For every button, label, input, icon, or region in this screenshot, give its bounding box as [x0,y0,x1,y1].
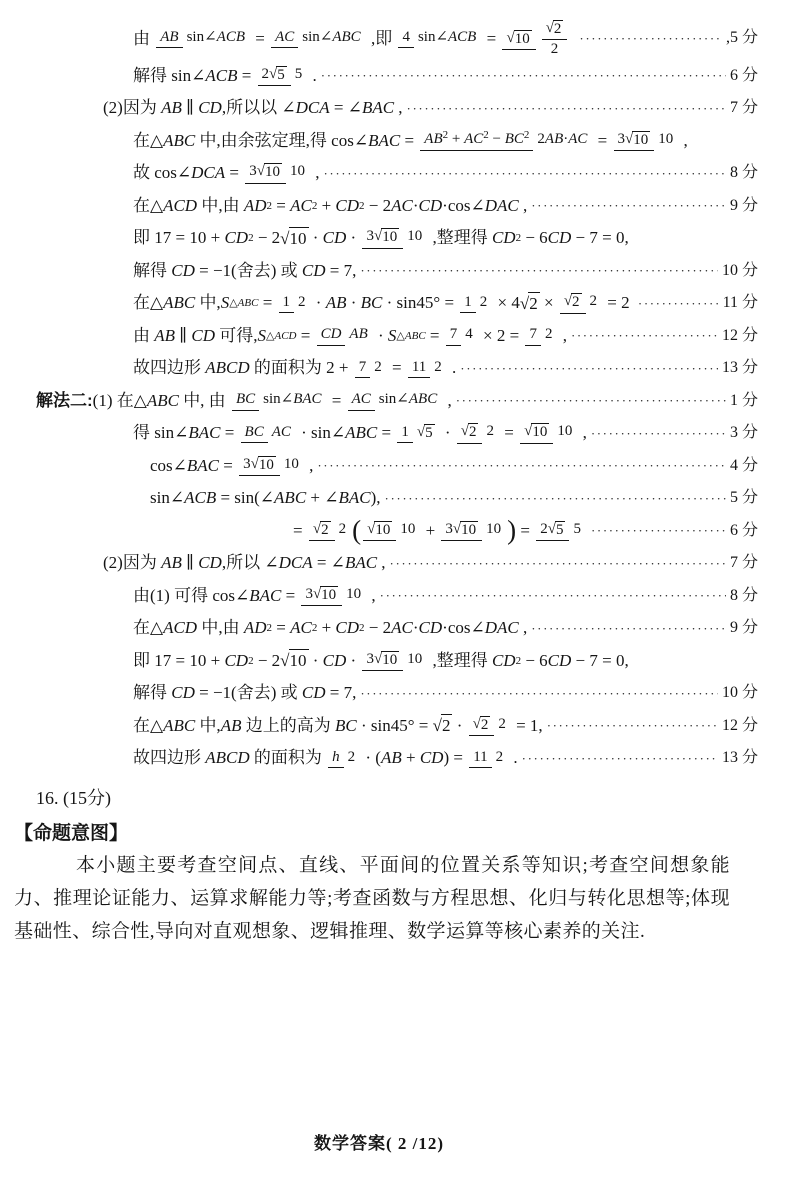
math-text: 5 [556,522,564,538]
math-text: 7 [450,326,458,342]
math-variable: ABCD [205,357,249,378]
math-expression: = √22(√1010 + 3√1010) = 2√55 [293,517,587,544]
math-text: = ∠ [330,97,362,118]
math-text: 10 [515,31,530,47]
math-text: 解得 [133,682,171,703]
math-text: , [443,390,452,411]
math-text: 10 [407,228,422,244]
solution-line: 故四边形 ABCD 的面积为 2 + 72 = 112 .···········… [133,353,758,383]
math-text: 在△ [133,130,163,151]
math-text: − 2 [254,227,281,248]
math-text: 在△ [133,715,163,736]
math-variable: AB [326,292,347,313]
math-variable: AD [244,195,267,216]
math-text: = [328,390,346,411]
math-text: 2 [481,717,489,733]
math-text: 2 [572,294,580,310]
solution-line: 即 17 = 10 + CD2 − 2√10 · CD · 3√1010 ,整理… [133,223,758,253]
square-root: √10 [453,521,478,539]
solution-line: sin∠ACB = sin(∠ABC + ∠BAC),·············… [150,483,758,513]
score-label: 6 分 [730,521,758,541]
math-text: 中,由 [197,195,244,216]
square-root: √10 [625,131,650,149]
math-expression: 即 17 = 10 + CD2 − 2√10 · CD · 3√1010 ,整理… [133,227,629,249]
dotted-leader: ········································… [579,32,722,45]
math-text: − 2 [254,650,281,671]
fraction: √22 [457,422,498,443]
math-text: − [489,131,505,147]
dotted-leader: ········································… [390,557,726,570]
math-text: 解得 sin∠ [133,65,205,86]
math-text: 在△ [133,195,163,216]
math-text: 由(1) 可得 cos∠ [133,585,249,606]
fraction: 74 [446,325,477,345]
math-text: 2 [469,424,477,440]
fraction: √1010 [520,422,576,443]
math-text: = 2 [603,292,634,313]
math-variable: CD [171,682,195,703]
solution-line: 在△ACD 中,由 AD2 = AC2 + CD2 − 2AC·CD·cos∠D… [133,191,758,221]
dotted-leader: ········································… [380,589,726,602]
math-text: , [679,130,688,151]
math-text: 2 [498,716,506,732]
math-expression: 解法二:(1) 在△ABC 中, 由 BCsin∠BAC = ACsin∠ABC… [36,390,452,411]
math-text: ), [371,487,381,508]
math-text: · [452,715,466,736]
math-variable: ABC [238,297,259,309]
square-root: √10 [313,586,338,604]
bold-label: 解法二: [36,390,93,411]
math-text: + [448,131,464,147]
fraction: 112 [408,358,446,378]
math-text: 2 [374,359,382,375]
solution-line: 在△ABC 中,S△ABC = 12 · AB · BC · sin45° = … [133,288,758,318]
square-root: √5 [269,66,287,84]
square-root: √5 [548,521,566,539]
math-text: , [367,585,376,606]
math-text: 2 [590,293,598,309]
math-variable: CD [492,227,516,248]
math-text: ∥ [182,97,198,118]
math-variable: CD [224,227,248,248]
math-text: · sin45° = [357,715,433,736]
math-text: + [421,520,439,541]
math-variable: CD [419,617,443,638]
math-variable: AB [545,131,563,147]
solution-line: 故四边形 ABCD 的面积为 h2 · (AB + CD) = 112 .···… [133,743,758,773]
score-label: 12 分 [722,716,758,736]
math-text: 10 [382,229,397,245]
math-text: + [317,195,335,216]
math-variable: CD [335,195,359,216]
math-variable: ACD [274,330,296,342]
fraction: 1√5 [397,423,438,443]
math-text: 10 [461,522,476,538]
math-text: − 2 [365,195,392,216]
math-variable: CD [198,97,222,118]
math-variable: BAC [188,422,220,443]
solution-line: cos∠BAC = 3√1010 ,······················… [150,451,758,481]
math-text: 3 [445,521,453,537]
question-16-number: 16. (15分) [36,784,758,810]
dotted-leader: ········································… [547,719,718,732]
big-paren: ) [507,517,516,544]
math-text: 故四边形 [133,357,205,378]
math-text: . [448,357,457,378]
square-root: √5 [417,424,435,442]
solution-line: = √22(√1010 + 3√1010) = 2√55············… [293,516,758,546]
math-variable: ABC [163,292,195,313]
math-expression: 故 cos∠DCA = 3√1010 , [133,162,319,183]
math-text: 即 17 = 10 + [133,650,224,671]
math-variable: AC [290,195,312,216]
math-text: = [225,162,243,183]
math-text: 10 [346,586,361,602]
math-expression: 在△ACD 中,由 AD2 = AC2 + CD2 − 2AC·CD·cos∠D… [133,195,527,216]
math-text: △ [229,297,237,309]
math-variable: CD [419,195,443,216]
math-text: · sin∠ [297,422,345,443]
math-variable: CD [323,650,347,671]
math-text: 10 [382,652,397,668]
math-text: = [593,130,611,151]
math-variable: CD [420,747,444,768]
solution-line: 解得 CD = −1(舍去) 或 CD = 7,················… [133,256,758,286]
math-variable: AB [381,747,402,768]
math-text: 11 [473,749,487,765]
math-variable: ABC [274,487,306,508]
dotted-leader: ········································… [638,297,719,310]
fraction: 3√1010 [301,585,365,606]
math-variable: BC [505,131,524,147]
math-text: 10 [321,587,336,603]
math-variable: S [258,325,267,346]
math-text: 由 [133,28,154,49]
math-text: 2 [480,294,488,310]
math-text: ,所以以 ∠ [222,97,296,118]
fraction: √22 [560,292,601,313]
square-root: √10 [374,651,399,669]
math-text: = [500,422,518,443]
math-text: 故四边形 [133,747,205,768]
dotted-leader: ········································… [531,199,726,212]
math-text: 10 [259,457,274,473]
math-text: sin∠ [150,487,184,508]
math-variable: ABC [405,330,426,342]
solution-line: 故 cos∠DCA = 3√1010 ,····················… [133,158,758,188]
math-text: 10 [486,521,501,537]
dotted-leader: ········································… [385,492,726,505]
math-variable: CD [323,227,347,248]
superscript: 2 [524,129,530,141]
score-label: 7 分 [730,553,758,573]
math-text: , [311,162,320,183]
math-text: = [388,357,406,378]
score-label: 5 分 [730,488,758,508]
math-variable: CD [302,682,326,703]
math-text: 11 [412,359,426,375]
square-root: √10 [280,227,308,249]
math-text: · [346,650,360,671]
math-text: 2 [551,41,559,57]
math-variable: CD [335,617,359,638]
math-text: 2 [537,131,545,147]
math-text: 的面积为 2 + [250,357,353,378]
math-text: = [482,28,500,49]
math-text: 可得, [215,325,258,346]
math-variable: ABC [163,715,195,736]
math-text: ·cos∠ [442,195,485,216]
math-text: sin∠ [187,29,217,45]
math-text: ,即 [367,28,397,49]
math-variable: BAC [187,455,219,476]
math-text: cos∠ [150,455,187,476]
math-text: 5 [277,67,285,83]
math-variable: BC [361,292,383,313]
fraction: √22 [309,520,350,541]
math-text: = −1(舍去) 或 [195,682,302,703]
intent-paragraph: 本小题主要考查空间点、直线、平面间的位置关系等知识;考查空间想象能力、推理论证能… [14,849,730,948]
math-text: , [519,195,528,216]
math-text: = 7, [326,260,357,281]
math-text: 3 [366,228,374,244]
score-label: 10 分 [722,261,758,281]
math-text: = [219,455,237,476]
fraction: 3√1010 [239,455,303,476]
solution-line: 即 17 = 10 + CD2 − 2√10 · CD · 3√1010 ,整理… [133,646,758,676]
math-variable: AD [244,617,267,638]
fraction: 3√1010 [614,130,678,151]
math-text: 2 [554,21,562,37]
math-variable: DCA [296,97,330,118]
math-text: 10 [290,229,307,248]
math-text: + ∠ [306,487,338,508]
math-text: · ( [361,747,381,768]
solution-line: 解法二:(1) 在△ABC 中, 由 BCsin∠BAC = ACsin∠ABC… [36,386,758,416]
math-text: = −1(舍去) 或 [195,260,302,281]
score-label: 7 分 [730,98,758,118]
dotted-leader: ········································… [460,362,718,375]
math-text: 3 [305,586,313,602]
math-text: ∥ [175,325,191,346]
dotted-leader: ········································… [360,264,718,277]
math-text: − 7 = 0, [571,650,628,671]
math-text: · [441,422,455,443]
math-text: 4 [465,326,473,342]
math-text: 3 [243,456,251,472]
score-label: 12 分 [722,326,758,346]
math-text: = [220,422,238,443]
solution-line: 在△ACD 中,由 AD2 = AC2 + CD2 − 2AC·CD·cos∠D… [133,613,758,643]
fraction: 4sin∠ACB [398,28,480,48]
solution-line: (2)因为 AB ∥ CD,所以 ∠DCA = ∠BAC ,··········… [103,548,758,578]
dotted-leader: ········································… [321,69,726,82]
math-text: 10 [284,456,299,472]
square-root: √10 [506,30,531,48]
math-variable: BAC [345,552,377,573]
fraction: √22 [542,20,568,59]
math-expression: 由 ABsin∠ACB = ACsin∠ABC ,即 4sin∠ACB = √1… [133,19,575,59]
math-text: = [237,65,255,86]
math-expression: 在△ACD 中,由 AD2 = AC2 + CD2 − 2AC·CD·cos∠D… [133,617,527,638]
math-text: = [296,325,314,346]
math-variable: AC [568,131,587,147]
math-variable: DAC [485,195,519,216]
math-variable: AB [424,131,442,147]
math-text: = [281,585,299,606]
math-text: 中,由余弦定理,得 cos∠ [195,130,368,151]
square-root: √10 [524,423,549,441]
math-variable: ACB [448,29,476,45]
fraction: h2 [328,748,359,768]
score-label: 6 分 [730,66,758,86]
fraction: ABsin∠ACB [156,28,249,48]
math-variable: BC [335,715,357,736]
math-text: 10 [633,132,648,148]
fraction: BCAC [241,423,295,443]
solution-line: 在△ABC 中,AB 边上的高为 BC · sin45° = √2 · √22 … [133,711,758,741]
math-variable: CD [171,260,195,281]
math-text: ) = [443,747,467,768]
math-text: sin∠ [302,29,332,45]
square-root: √2 [433,714,453,736]
math-text: 10 [375,522,390,538]
square-root: √2 [520,292,540,314]
math-variable: AB [221,715,242,736]
math-text: = [400,130,418,151]
math-text: 5 [425,425,433,441]
math-text: 3 [618,131,626,147]
math-text: 2 [486,423,494,439]
fraction: √10√22 [502,19,573,59]
math-text: 10 [400,521,415,537]
math-text: − 6 [521,227,548,248]
fraction: ACsin∠ABC [271,28,365,48]
math-text: = ∠ [313,552,345,573]
math-text: 10 [407,651,422,667]
math-expression: (2)因为 AB ∥ CD,所以以 ∠DCA = ∠BAC , [103,97,403,118]
math-variable: ABC [409,391,437,407]
math-variable: AC [272,424,291,440]
math-variable: ACB [184,487,216,508]
math-text: · sin45° = [382,292,458,313]
math-variable: BAC [293,391,321,407]
math-text: = [251,28,269,49]
fraction: 3√1010 [362,650,426,671]
fraction: 12 [279,293,310,313]
math-text: 5 [573,521,581,537]
math-variable: ACD [163,195,197,216]
math-expression: 得 sin∠BAC = BCAC · sin∠ABC = 1√5 · √22 =… [133,422,587,443]
math-text: × 2 = [479,325,524,346]
math-text: sin∠ [418,29,448,45]
math-text: 2 [321,522,329,538]
square-root: √10 [280,649,308,671]
math-text: 2 [262,66,270,82]
dotted-leader: ········································… [522,752,718,765]
math-text: ∥ [182,552,198,573]
math-text: , [578,422,587,443]
math-text: ,整理得 [428,650,492,671]
math-text: 2 [434,359,442,375]
math-text: · [374,325,388,346]
math-text: (2)因为 [103,552,161,573]
intent-heading: 【命题意图】 [14,818,758,845]
math-text: · [346,227,360,248]
math-text: = [426,325,444,346]
score-label: ,5 分 [726,28,758,48]
math-text: = sin(∠ [216,487,274,508]
math-text: (1) 在△ [93,390,147,411]
math-text: = [293,520,307,541]
score-label: 1 分 [730,391,758,411]
math-text: 3 [249,163,257,179]
math-text: 2 [529,294,538,313]
math-text: 10 [290,651,307,670]
math-text: ,整理得 [428,227,492,248]
math-variable: CD [302,260,326,281]
fraction: 72 [525,325,556,345]
score-label: 13 分 [722,748,758,768]
math-variable: AC [464,131,483,147]
square-root: √10 [251,456,276,474]
math-text: = [516,520,534,541]
document-page: 由 ABsin∠ACB = ACsin∠ABC ,即 4sin∠ACB = √1… [0,0,800,1184]
math-variable: AC [391,195,413,216]
math-expression: 解得 CD = −1(舍去) 或 CD = 7, [133,260,356,281]
fraction: 2√55 [258,65,307,86]
fraction: 2√55 [536,520,585,541]
math-text: = [377,422,395,443]
math-text: · [312,292,326,313]
math-text: 2 [442,716,451,735]
dotted-leader: ········································… [323,167,726,180]
big-paren: ( [352,517,361,544]
math-variable: CD [191,325,215,346]
math-text: 中, 由 [179,390,230,411]
math-expression: 故四边形 ABCD 的面积为 2 + 72 = 112 . [133,357,456,378]
math-variable: ACB [217,29,245,45]
dotted-leader: ········································… [407,102,726,115]
math-text: . [509,747,518,768]
math-text: 得 sin∠ [133,422,188,443]
math-variable: BAC [249,585,281,606]
math-text: 在△ [133,292,163,313]
math-text: 2 [348,749,356,765]
math-variable: DCA [279,552,313,573]
math-text: + [317,617,335,638]
math-text: × 4 [493,292,520,313]
math-variable: ACD [163,617,197,638]
square-root: √2 [473,716,491,734]
score-label: 13 分 [722,358,758,378]
math-text: sin∠ [379,391,409,407]
math-text: − 2 [365,617,392,638]
math-text: 10 [557,423,572,439]
math-variable: CD [224,650,248,671]
math-text: · [309,650,323,671]
math-expression: 在△ABC 中,由余弦定理,得 cos∠BAC = AB2 + AC2 − BC… [133,130,688,151]
score-label: 3 分 [730,423,758,443]
fraction: ACsin∠ABC [348,390,442,410]
math-variable: BAC [368,130,400,151]
fraction: √22 [469,715,510,736]
math-text: 10 [265,164,280,180]
math-text: 2 [540,521,548,537]
math-variable: DAC [485,617,519,638]
math-variable: AB [349,326,367,342]
math-text: · [346,292,360,313]
